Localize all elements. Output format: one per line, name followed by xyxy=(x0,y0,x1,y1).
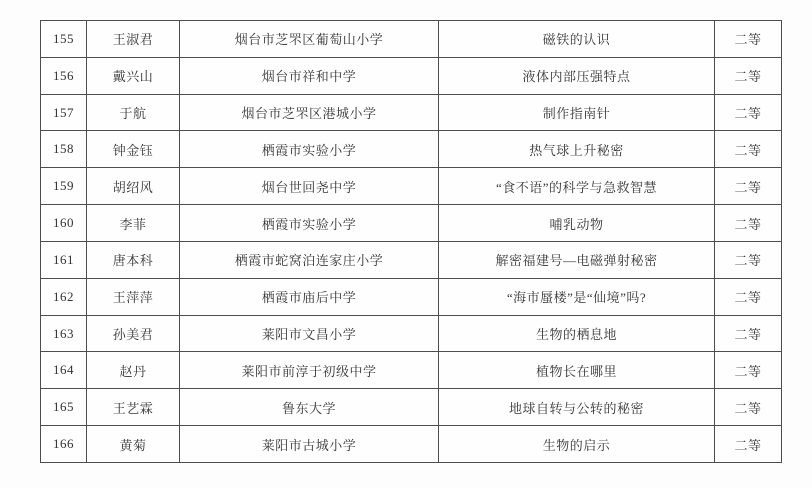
cell-name: 钟金钰 xyxy=(87,131,180,168)
table-row: 156戴兴山烟台市祥和中学液体内部压强特点二等 xyxy=(41,57,782,94)
cell-project: 磁铁的认识 xyxy=(439,21,715,58)
cell-name: 王艺霖 xyxy=(87,389,180,426)
cell-award: 二等 xyxy=(715,57,782,94)
cell-school: 烟台世回尧中学 xyxy=(180,168,439,205)
cell-no: 157 xyxy=(41,94,87,131)
cell-school: 烟台市祥和中学 xyxy=(180,57,439,94)
cell-no: 160 xyxy=(41,205,87,242)
cell-no: 165 xyxy=(41,389,87,426)
table-row: 155王淑君烟台市芝罘区葡萄山小学磁铁的认识二等 xyxy=(41,21,782,58)
cell-award: 二等 xyxy=(715,389,782,426)
document-page: 155王淑君烟台市芝罘区葡萄山小学磁铁的认识二等156戴兴山烟台市祥和中学液体内… xyxy=(0,0,812,488)
cell-name: 赵丹 xyxy=(87,352,180,389)
cell-award: 二等 xyxy=(715,352,782,389)
cell-no: 159 xyxy=(41,168,87,205)
cell-award: 二等 xyxy=(715,205,782,242)
cell-no: 163 xyxy=(41,315,87,352)
cell-project: 哺乳动物 xyxy=(439,205,715,242)
cell-project: 制作指南针 xyxy=(439,94,715,131)
table-body: 155王淑君烟台市芝罘区葡萄山小学磁铁的认识二等156戴兴山烟台市祥和中学液体内… xyxy=(41,21,782,463)
cell-project: 解密福建号—电磁弹射秘密 xyxy=(439,241,715,278)
cell-award: 二等 xyxy=(715,168,782,205)
table-row: 165王艺霖鲁东大学地球自转与公转的秘密二等 xyxy=(41,389,782,426)
cell-award: 二等 xyxy=(715,94,782,131)
cell-no: 161 xyxy=(41,241,87,278)
cell-school: 栖霞市蛇窝泊连家庄小学 xyxy=(180,241,439,278)
table-row: 162王萍萍栖霞市庙后中学“海市蜃楼”是“仙境”吗?二等 xyxy=(41,278,782,315)
table-row: 157于航烟台市芝罘区港城小学制作指南针二等 xyxy=(41,94,782,131)
cell-school: 莱阳市文昌小学 xyxy=(180,315,439,352)
cell-award: 二等 xyxy=(715,278,782,315)
cell-award: 二等 xyxy=(715,315,782,352)
cell-project: “食不语”的科学与急救智慧 xyxy=(439,168,715,205)
cell-project: 植物长在哪里 xyxy=(439,352,715,389)
cell-name: 于航 xyxy=(87,94,180,131)
cell-award: 二等 xyxy=(715,21,782,58)
cell-award: 二等 xyxy=(715,241,782,278)
cell-no: 155 xyxy=(41,21,87,58)
cell-no: 158 xyxy=(41,131,87,168)
cell-name: 李菲 xyxy=(87,205,180,242)
table-row: 158钟金钰栖霞市实验小学热气球上升秘密二等 xyxy=(41,131,782,168)
cell-no: 156 xyxy=(41,57,87,94)
cell-school: 鲁东大学 xyxy=(180,389,439,426)
table-row: 164赵丹莱阳市前淳于初级中学植物长在哪里二等 xyxy=(41,352,782,389)
cell-school: 栖霞市庙后中学 xyxy=(180,278,439,315)
cell-name: 唐本科 xyxy=(87,241,180,278)
cell-project: “海市蜃楼”是“仙境”吗? xyxy=(439,278,715,315)
cell-project: 地球自转与公转的秘密 xyxy=(439,389,715,426)
cell-school: 栖霞市实验小学 xyxy=(180,131,439,168)
cell-name: 王萍萍 xyxy=(87,278,180,315)
table-row: 161唐本科栖霞市蛇窝泊连家庄小学解密福建号—电磁弹射秘密二等 xyxy=(41,241,782,278)
cell-school: 烟台市芝罘区港城小学 xyxy=(180,94,439,131)
cell-no: 162 xyxy=(41,278,87,315)
cell-project: 液体内部压强特点 xyxy=(439,57,715,94)
cell-name: 戴兴山 xyxy=(87,57,180,94)
award-winners-table: 155王淑君烟台市芝罘区葡萄山小学磁铁的认识二等156戴兴山烟台市祥和中学液体内… xyxy=(40,20,782,463)
cell-name: 王淑君 xyxy=(87,21,180,58)
cell-school: 莱阳市前淳于初级中学 xyxy=(180,352,439,389)
cell-project: 生物的栖息地 xyxy=(439,315,715,352)
cell-project: 热气球上升秘密 xyxy=(439,131,715,168)
table-row: 159胡绍风烟台世回尧中学“食不语”的科学与急救智慧二等 xyxy=(41,168,782,205)
cell-school: 栖霞市实验小学 xyxy=(180,205,439,242)
table-row: 166黄菊莱阳市古城小学生物的启示二等 xyxy=(41,426,782,463)
cell-project: 生物的启示 xyxy=(439,426,715,463)
cell-no: 166 xyxy=(41,426,87,463)
cell-no: 164 xyxy=(41,352,87,389)
cell-name: 孙美君 xyxy=(87,315,180,352)
cell-school: 莱阳市古城小学 xyxy=(180,426,439,463)
cell-name: 胡绍风 xyxy=(87,168,180,205)
cell-school: 烟台市芝罘区葡萄山小学 xyxy=(180,21,439,58)
cell-name: 黄菊 xyxy=(87,426,180,463)
table-row: 160李菲栖霞市实验小学哺乳动物二等 xyxy=(41,205,782,242)
cell-award: 二等 xyxy=(715,426,782,463)
cell-award: 二等 xyxy=(715,131,782,168)
table-row: 163孙美君莱阳市文昌小学生物的栖息地二等 xyxy=(41,315,782,352)
